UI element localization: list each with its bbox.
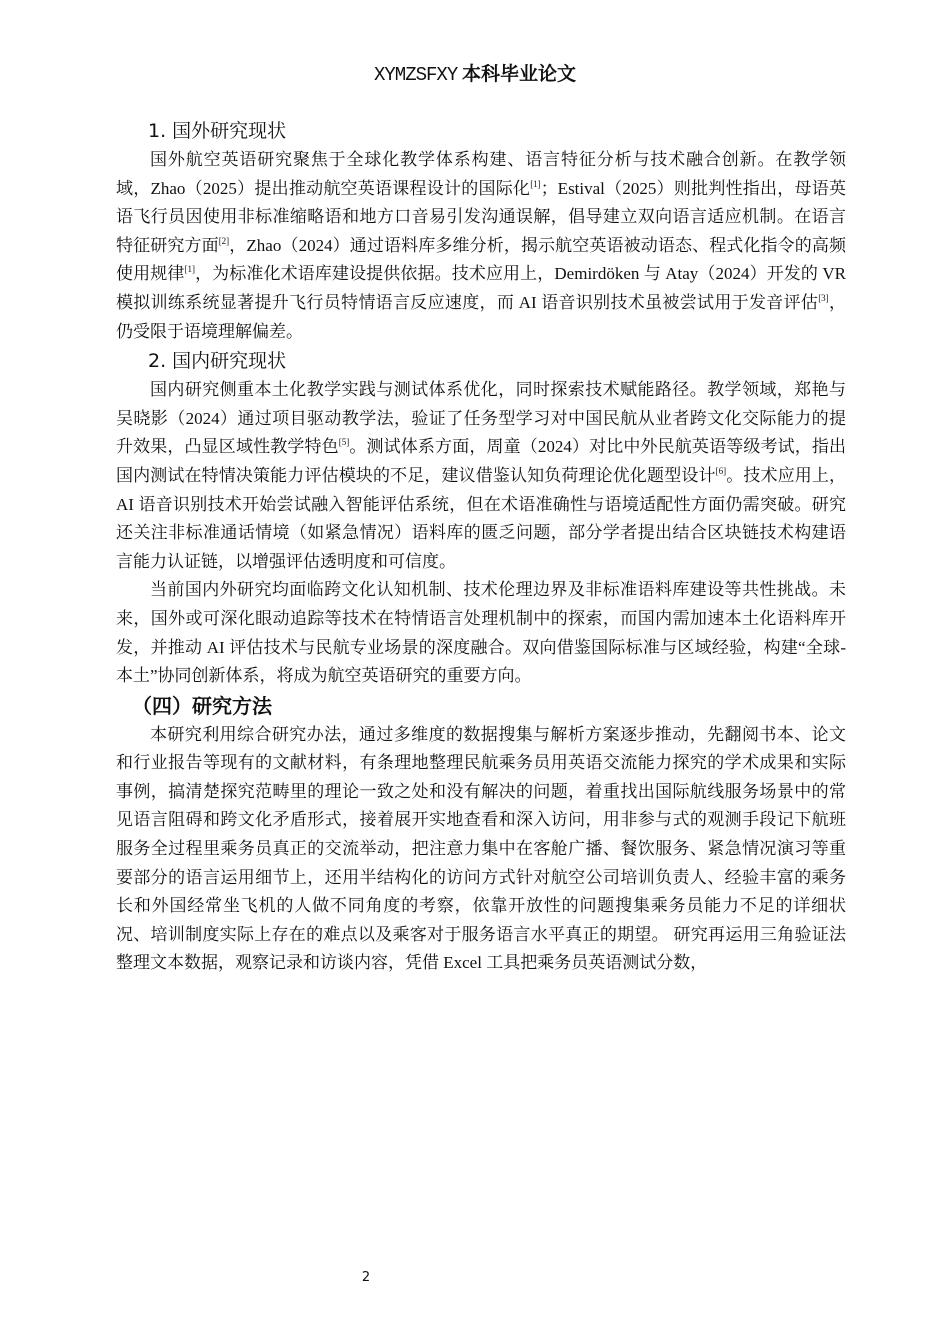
running-header: XYMZSFXY 本科毕业论文 <box>0 62 950 87</box>
citation-ref: [2] <box>219 236 230 246</box>
section-heading-foreign-research: 1. 国外研究现状 <box>116 116 846 146</box>
page-number: 2 <box>356 1270 376 1285</box>
text-run: ，为标准化术语库建设提供依据。技术应用上，Demirdöken 与 Atay（2… <box>116 264 846 312</box>
body-content: 1. 国外研究现状 国外航空英语研究聚焦于全球化教学体系构建、语言特征分析与技术… <box>116 116 846 978</box>
section-heading-domestic-research: 2. 国内研究现状 <box>116 346 846 376</box>
paragraph-foreign-research: 国外航空英语研究聚焦于全球化教学体系构建、语言特征分析与技术融合创新。在教学领域… <box>116 146 846 346</box>
header-thesis-label: 本科毕业论文 <box>462 63 576 85</box>
citation-ref: [5] <box>339 437 350 447</box>
paragraph-research-method: 本研究利用综合研究办法，通过多维度的数据搜集与解析方案逐步推动，先翻阅书本、论文… <box>116 721 846 978</box>
citation-ref: [6] <box>716 466 727 476</box>
paragraph-domestic-research: 国内研究侧重本土化教学实践与测试体系优化，同时探索技术赋能路径。教学领域，郑艳与… <box>116 376 846 576</box>
citation-ref: [3] <box>818 293 829 303</box>
citation-ref: [1] <box>530 179 541 189</box>
header-institution-code: XYMZSFXY <box>374 64 457 86</box>
section-heading-research-method: （四）研究方法 <box>116 691 846 721</box>
citation-ref: [1] <box>184 264 195 274</box>
document-page: XYMZSFXY 本科毕业论文 1. 国外研究现状 国外航空英语研究聚焦于全球化… <box>0 0 950 1344</box>
paragraph-research-outlook: 当前国内外研究均面临跨文化认知机制、技术伦理边界及非标准语料库建设等共性挑战。未… <box>116 576 846 690</box>
